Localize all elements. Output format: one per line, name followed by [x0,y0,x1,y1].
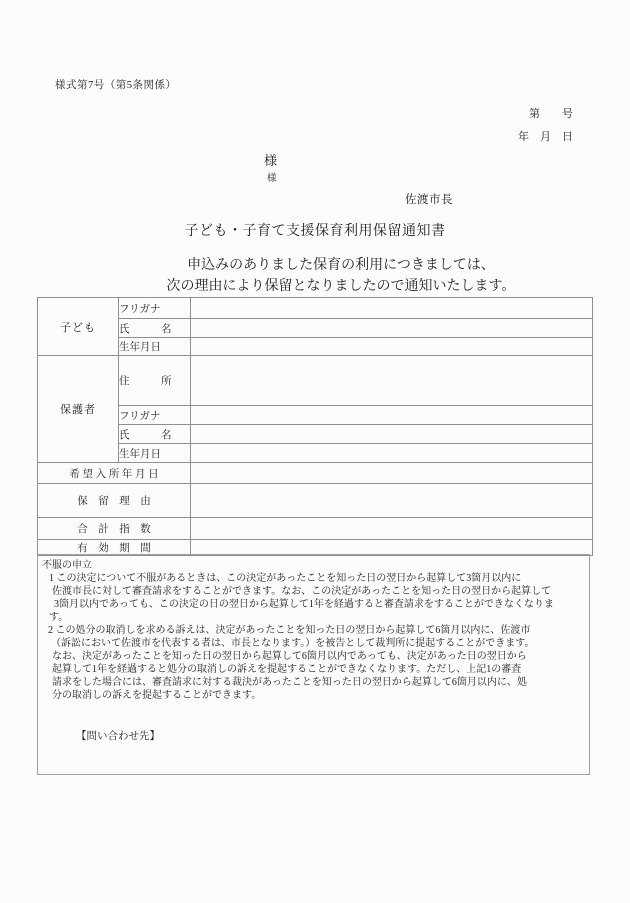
document-date: 年 月 日 [518,126,573,149]
total-index-value [191,518,593,540]
child-furigana-label: フリガナ [119,298,191,319]
hold-reason-value [191,484,593,518]
guardian-birthdate-value [191,444,593,463]
group-label-child: 子ども [38,298,119,356]
appeal-line: 2 この処分の取消しを求める訴えは、決定があったことを知った日の翌日から起算して… [38,624,589,637]
appeal-line: 佐渡市長に対して審査請求をすることができます。なお、この決定があったことを知った… [38,585,589,598]
appeal-line: なお、決定があったことを知った日の翌日から起算して6箇月以内であっても、決定があ… [38,650,589,663]
appeal-line: 起算して1年を経過すると処分の取消しの訴えを提起することができなくなります。ただ… [38,663,589,676]
appeal-line: 請求をした場合には、審査請求に対する裁決があったことを知った日の翌日から起算して… [38,676,589,689]
appeal-line: （訴訟において佐渡市を代表する者は、市長となります。）を被告として裁判所に提起す… [38,637,589,650]
appeal-line: 3箇月以内であっても、この決定の日の翌日から起算して1年を経過すると審査請求をす… [38,598,589,611]
appeal-line: 分の取消しの訴えを提起することができます。 [38,689,589,702]
appeal-notice-box: 不服の申立 1 この決定について不服があるときは、この決定があったことを知った日… [37,554,590,775]
guardian-furigana-label: フリガナ [119,406,191,425]
document-meta: 第 号 年 月 日 [518,103,573,149]
intro-paragraph: 申込みのありました保育の利用につきましては、 次の理由により保留となりましたので… [52,256,630,297]
child-furigana-value [191,298,593,319]
notification-document-page: 様式第7号（第5条関係） 第 号 年 月 日 様 様 佐渡市長 子ども・子育て支… [0,0,630,903]
child-birthdate-label: 生年月日 [119,338,191,356]
guardian-name-label: 氏 名 [119,425,191,444]
desired-entry-date-value [191,463,593,484]
document-number: 第 号 [518,103,573,126]
child-birthdate-value [191,338,593,356]
appeal-line: 1 この決定について不服があるときは、この決定があったことを知った日の翌日から起… [38,572,589,585]
guardian-address-value [191,356,593,406]
intro-line-1: 申込みのありました保育の利用につきましては、 [52,256,630,277]
document-title: 子ども・子育て支援保育利用保留通知書 [0,220,630,240]
appeal-heading: 不服の申立 [38,559,589,572]
hold-reason-label: 保 留 理 由 [38,484,191,518]
contact-heading: 【問い合わせ先】 [38,730,589,743]
addressee-honorific-large: 様 [264,150,277,169]
appeal-line: す。 [38,611,589,624]
child-name-label: 氏 名 [119,319,191,338]
child-name-value [191,319,593,338]
applicant-info-table: 子ども フリガナ 氏 名 生年月日 保護者 住 所 フリガナ 氏 名 生年月日 [37,297,593,556]
form-number: 様式第7号（第5条関係） [55,77,177,92]
desired-entry-date-label: 希 望 入 所 年 月 日 [38,463,191,484]
total-index-label: 合 計 指 数 [38,518,191,540]
group-label-guardian: 保護者 [38,356,119,463]
guardian-address-label: 住 所 [119,356,191,406]
addressee-honorific-small: 様 [267,170,277,184]
sender-name: 佐渡市長 [405,191,453,207]
guardian-furigana-value [191,406,593,425]
intro-line-2: 次の理由により保留となりましたので通知いたします。 [52,277,630,298]
guardian-birthdate-label: 生年月日 [119,444,191,463]
guardian-name-value [191,425,593,444]
